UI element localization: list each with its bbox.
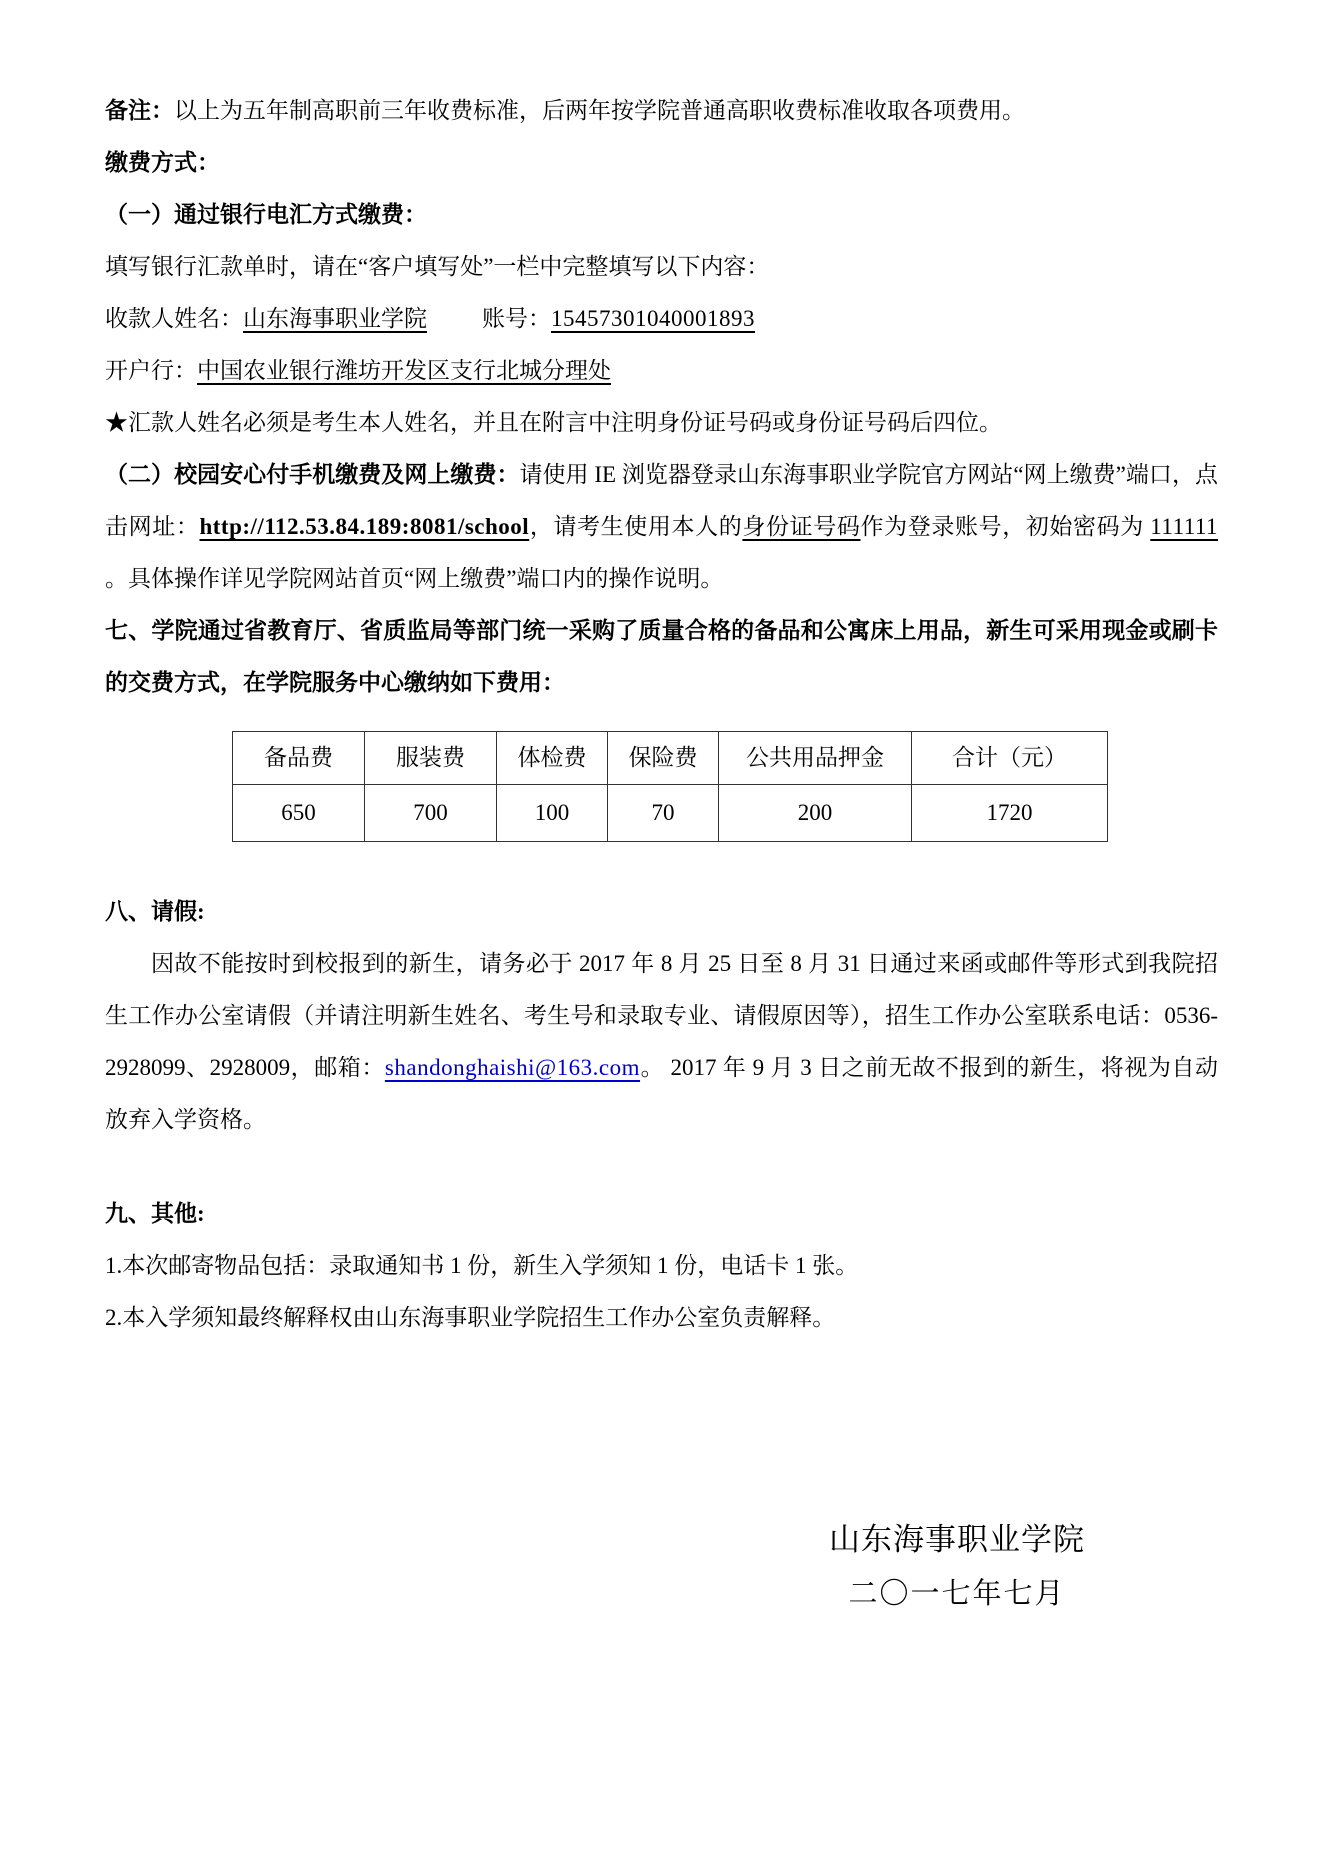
- bank-value: 中国农业银行潍坊开发区支行北城分理处: [197, 358, 611, 383]
- payment-methods-title: 缴费方式：: [105, 137, 1218, 189]
- initial-password: 111111: [1150, 514, 1218, 539]
- method2-text-end: 。具体操作详见学院网站首页“网上缴费”端口内的操作说明。: [105, 566, 723, 591]
- signature-organization: 山东海事职业学院: [827, 1512, 1087, 1567]
- section9-item2: 2.本入学须知最终解释权由山东海事职业学院招生工作办公室负责解释。: [105, 1292, 1218, 1344]
- section9-item1: 1.本次邮寄物品包括：录取通知书 1 份，新生入学须知 1 份，电话卡 1 张。: [105, 1240, 1218, 1292]
- section8-paragraph: 因故不能按时到校报到的新生，请务必于 2017 年 8 月 25 日至 8 月 …: [105, 938, 1218, 1146]
- fee-header-yajin: 公共用品押金: [719, 732, 912, 785]
- method2-text-after-url: ，请考生使用本人的: [529, 514, 742, 539]
- signature-block: 山东海事职业学院 二〇一七年七月: [827, 1512, 1087, 1622]
- fee-value-fuzhuang: 700: [365, 785, 497, 842]
- account-label: 账号：: [482, 306, 551, 331]
- fee-header-baoxian: 保险费: [608, 732, 719, 785]
- note-line: 备注：以上为五年制高职前三年收费标准，后两年按学院普通高职收费标准收取各项费用。: [105, 85, 1218, 137]
- contact-email-link[interactable]: shandonghaishi@163.com: [385, 1055, 640, 1080]
- id-number-term: 身份证号码: [742, 514, 860, 539]
- fee-table-header-row: 备品费 服装费 体检费 保险费 公共用品押金 合计（元）: [233, 732, 1108, 785]
- fee-value-total: 1720: [912, 785, 1108, 842]
- fee-table: 备品费 服装费 体检费 保险费 公共用品押金 合计（元） 650 700 100…: [232, 731, 1108, 842]
- fee-value-beipin: 650: [233, 785, 365, 842]
- payee-value: 山东海事职业学院: [243, 306, 427, 331]
- payment-url: http://112.53.84.189:8081/school: [199, 514, 529, 539]
- bank-line: 开户行：中国农业银行潍坊开发区支行北城分理处: [105, 345, 1218, 397]
- payee-account-line: 收款人姓名：山东海事职业学院账号：15457301040001893: [105, 293, 1218, 345]
- fee-value-yajin: 200: [719, 785, 912, 842]
- note-text: 以上为五年制高职前三年收费标准，后两年按学院普通高职收费标准收取各项费用。: [174, 98, 1025, 123]
- fee-header-fuzhuang: 服装费: [365, 732, 497, 785]
- section7-paragraph: 七、学院通过省教育厅、省质监局等部门统一采购了质量合格的备品和公寓床上用品，新生…: [105, 605, 1218, 709]
- section8-heading: 八、请假:: [105, 886, 1218, 938]
- fee-value-baoxian: 70: [608, 785, 719, 842]
- note-label: 备注：: [105, 98, 174, 123]
- fee-value-tijian: 100: [497, 785, 608, 842]
- bank-label: 开户行：: [105, 358, 197, 383]
- document-content: 备注：以上为五年制高职前三年收费标准，后两年按学院普通高职收费标准收取各项费用。…: [105, 85, 1218, 1622]
- signature-date: 二〇一七年七月: [827, 1567, 1087, 1622]
- payment-method1-intro: 填写银行汇款单时，请在“客户填写处”一栏中完整填写以下内容：: [105, 241, 1218, 293]
- payment-method2-heading: （二）校园安心付手机缴费及网上缴费：: [105, 462, 520, 487]
- fee-header-total: 合计（元）: [912, 732, 1108, 785]
- method2-text-mid: 作为登录账号，初始密码为: [860, 514, 1150, 539]
- payee-label: 收款人姓名：: [105, 306, 243, 331]
- fee-table-value-row: 650 700 100 70 200 1720: [233, 785, 1108, 842]
- fee-header-beipin: 备品费: [233, 732, 365, 785]
- payment-method2-paragraph: （二）校园安心付手机缴费及网上缴费：请使用 IE 浏览器登录山东海事职业学院官方…: [105, 449, 1218, 605]
- fee-header-tijian: 体检费: [497, 732, 608, 785]
- account-number: 15457301040001893: [551, 306, 755, 331]
- remitter-star-note: ★汇款人姓名必须是考生本人姓名，并且在附言中注明身份证号码或身份证号码后四位。: [105, 397, 1218, 449]
- section9-heading: 九、其他:: [105, 1188, 1218, 1240]
- payment-method1-heading: （一）通过银行电汇方式缴费：: [105, 189, 1218, 241]
- document-page: { "colors": { "link": "#0000cc", "text":…: [0, 0, 1323, 1871]
